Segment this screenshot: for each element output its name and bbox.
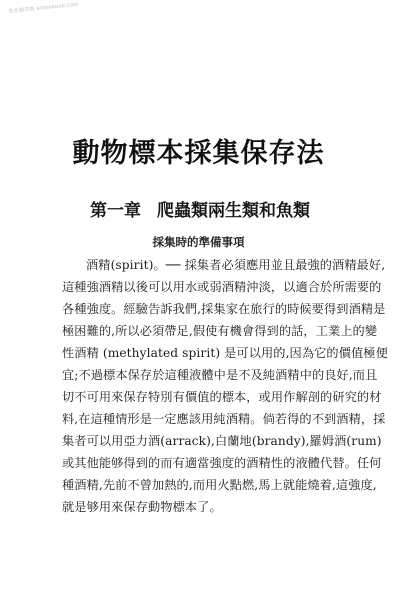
text-line: 或其他能够得到的而有適當強度的酒精性的液體代替。任何 xyxy=(62,452,352,474)
text-line: 就是够用來保存動物標本了。 xyxy=(62,496,352,518)
text-line: 集者可以用亞力酒(arrack),白蘭地(brandy),羅姆酒(rum) xyxy=(62,430,352,452)
chapter-title: 爬蟲類兩生類和魚類 xyxy=(157,201,310,221)
body-paragraph: 酒精(spirit)。── 採集者必須應用並且最強的酒精最好, 這種強酒精以後可… xyxy=(62,254,352,518)
chapter-heading: 第一章爬蟲類兩生類和魚類 xyxy=(90,196,310,221)
text-line: 各種強度。經驗告訴我們,採集家在旅行的時候要得到酒精是 xyxy=(62,298,352,320)
text-line: 性酒精 (methylated spirit) 是可以用的,因為它的價值極便 xyxy=(62,342,352,364)
book-title: 動物標本採集保存法 xyxy=(0,131,397,170)
section-title: 採集時的準備事項 xyxy=(0,234,397,250)
chapter-number: 第一章 xyxy=(90,201,141,221)
text-line: 種酒精,先前不曾加熱的,而用火點燃,馬上就能燒着,這強度, xyxy=(62,474,352,496)
text-line: 酒精(spirit)。── 採集者必須應用並且最強的酒精最好, xyxy=(62,254,352,276)
text-line: 這種強酒精以後可以用水或弱酒精沖淡，以適合於所需要的 xyxy=(62,276,352,298)
watermark: 書北圖書館 aiimebook.com xyxy=(8,1,79,15)
text-line: 切不可用來保存特別有價值的標本，或用作解剖的研究的材 xyxy=(62,386,352,408)
text-line: 料,在這種情形是一定應該用純酒精。倘若得的不到酒精，採 xyxy=(62,408,352,430)
text-line: 極困難的,所以必須帶足,假使有機會得到的話，工業上的變 xyxy=(62,320,352,342)
text-line: 宜;不過標本保存於這種液體中是不及純酒精中的良好,而且 xyxy=(62,364,352,386)
